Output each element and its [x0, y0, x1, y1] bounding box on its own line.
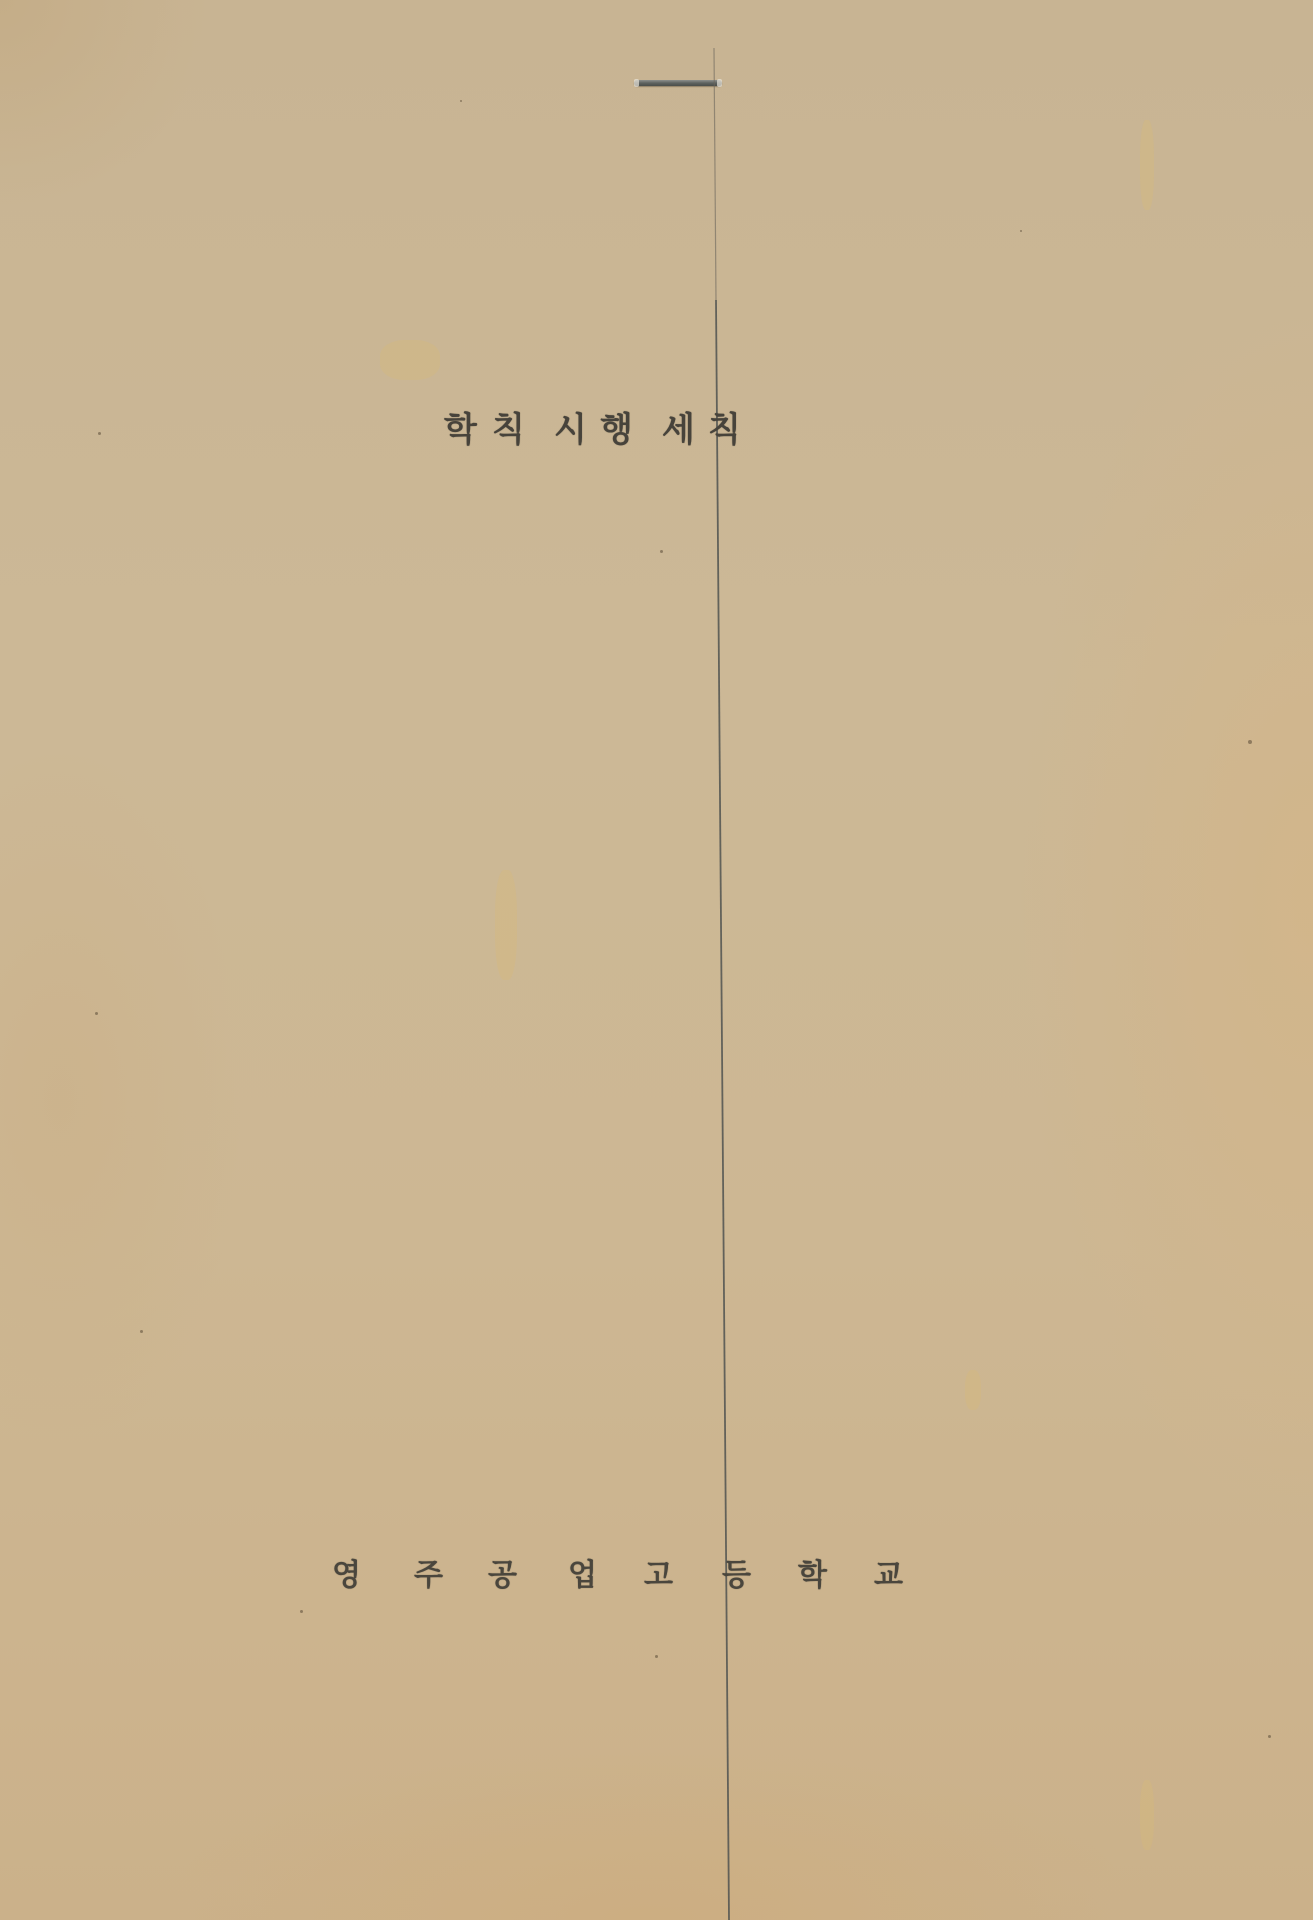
paper-speck: [95, 1012, 98, 1015]
paper-stain: [380, 340, 440, 380]
staple-icon: [634, 80, 722, 86]
paper-speck: [460, 100, 462, 102]
scanned-page: 학 칙 시 행 세 칙 영 주 공 업 고 등 학 교: [0, 0, 1313, 1920]
institution-char: 주: [414, 1558, 443, 1594]
institution-char: 업: [568, 1558, 597, 1594]
institution-char: 고: [644, 1558, 673, 1594]
paper-stain: [1140, 120, 1154, 210]
institution-name: 영 주 공 업 고 등 학 교: [328, 1558, 928, 1602]
paper-speck: [660, 550, 663, 553]
fold-line: [0, 0, 1313, 1920]
document-title: 학 칙 시 행 세 칙: [440, 404, 750, 456]
paper-speck: [655, 1655, 658, 1658]
title-char: 칙: [708, 413, 741, 447]
paper-speck: [98, 432, 101, 435]
paper-speck: [140, 1330, 143, 1333]
paper-speck: [300, 1610, 303, 1613]
title-char: 학: [444, 413, 477, 447]
paper-stain: [1140, 1780, 1154, 1850]
paper-speck: [1268, 1735, 1271, 1738]
institution-char: 교: [874, 1558, 903, 1594]
title-char: 행: [600, 413, 633, 447]
institution-char: 등: [722, 1558, 751, 1594]
institution-char: 공: [488, 1558, 517, 1594]
institution-char: 학: [798, 1558, 827, 1594]
title-char: 세: [662, 413, 695, 447]
paper-speck: [1020, 230, 1022, 232]
institution-char: 영: [332, 1558, 361, 1594]
paper-speck: [1248, 740, 1252, 744]
title-char: 칙: [492, 413, 525, 447]
paper-stain: [495, 870, 517, 980]
title-char: 시: [554, 413, 587, 447]
paper-stain: [965, 1370, 981, 1410]
